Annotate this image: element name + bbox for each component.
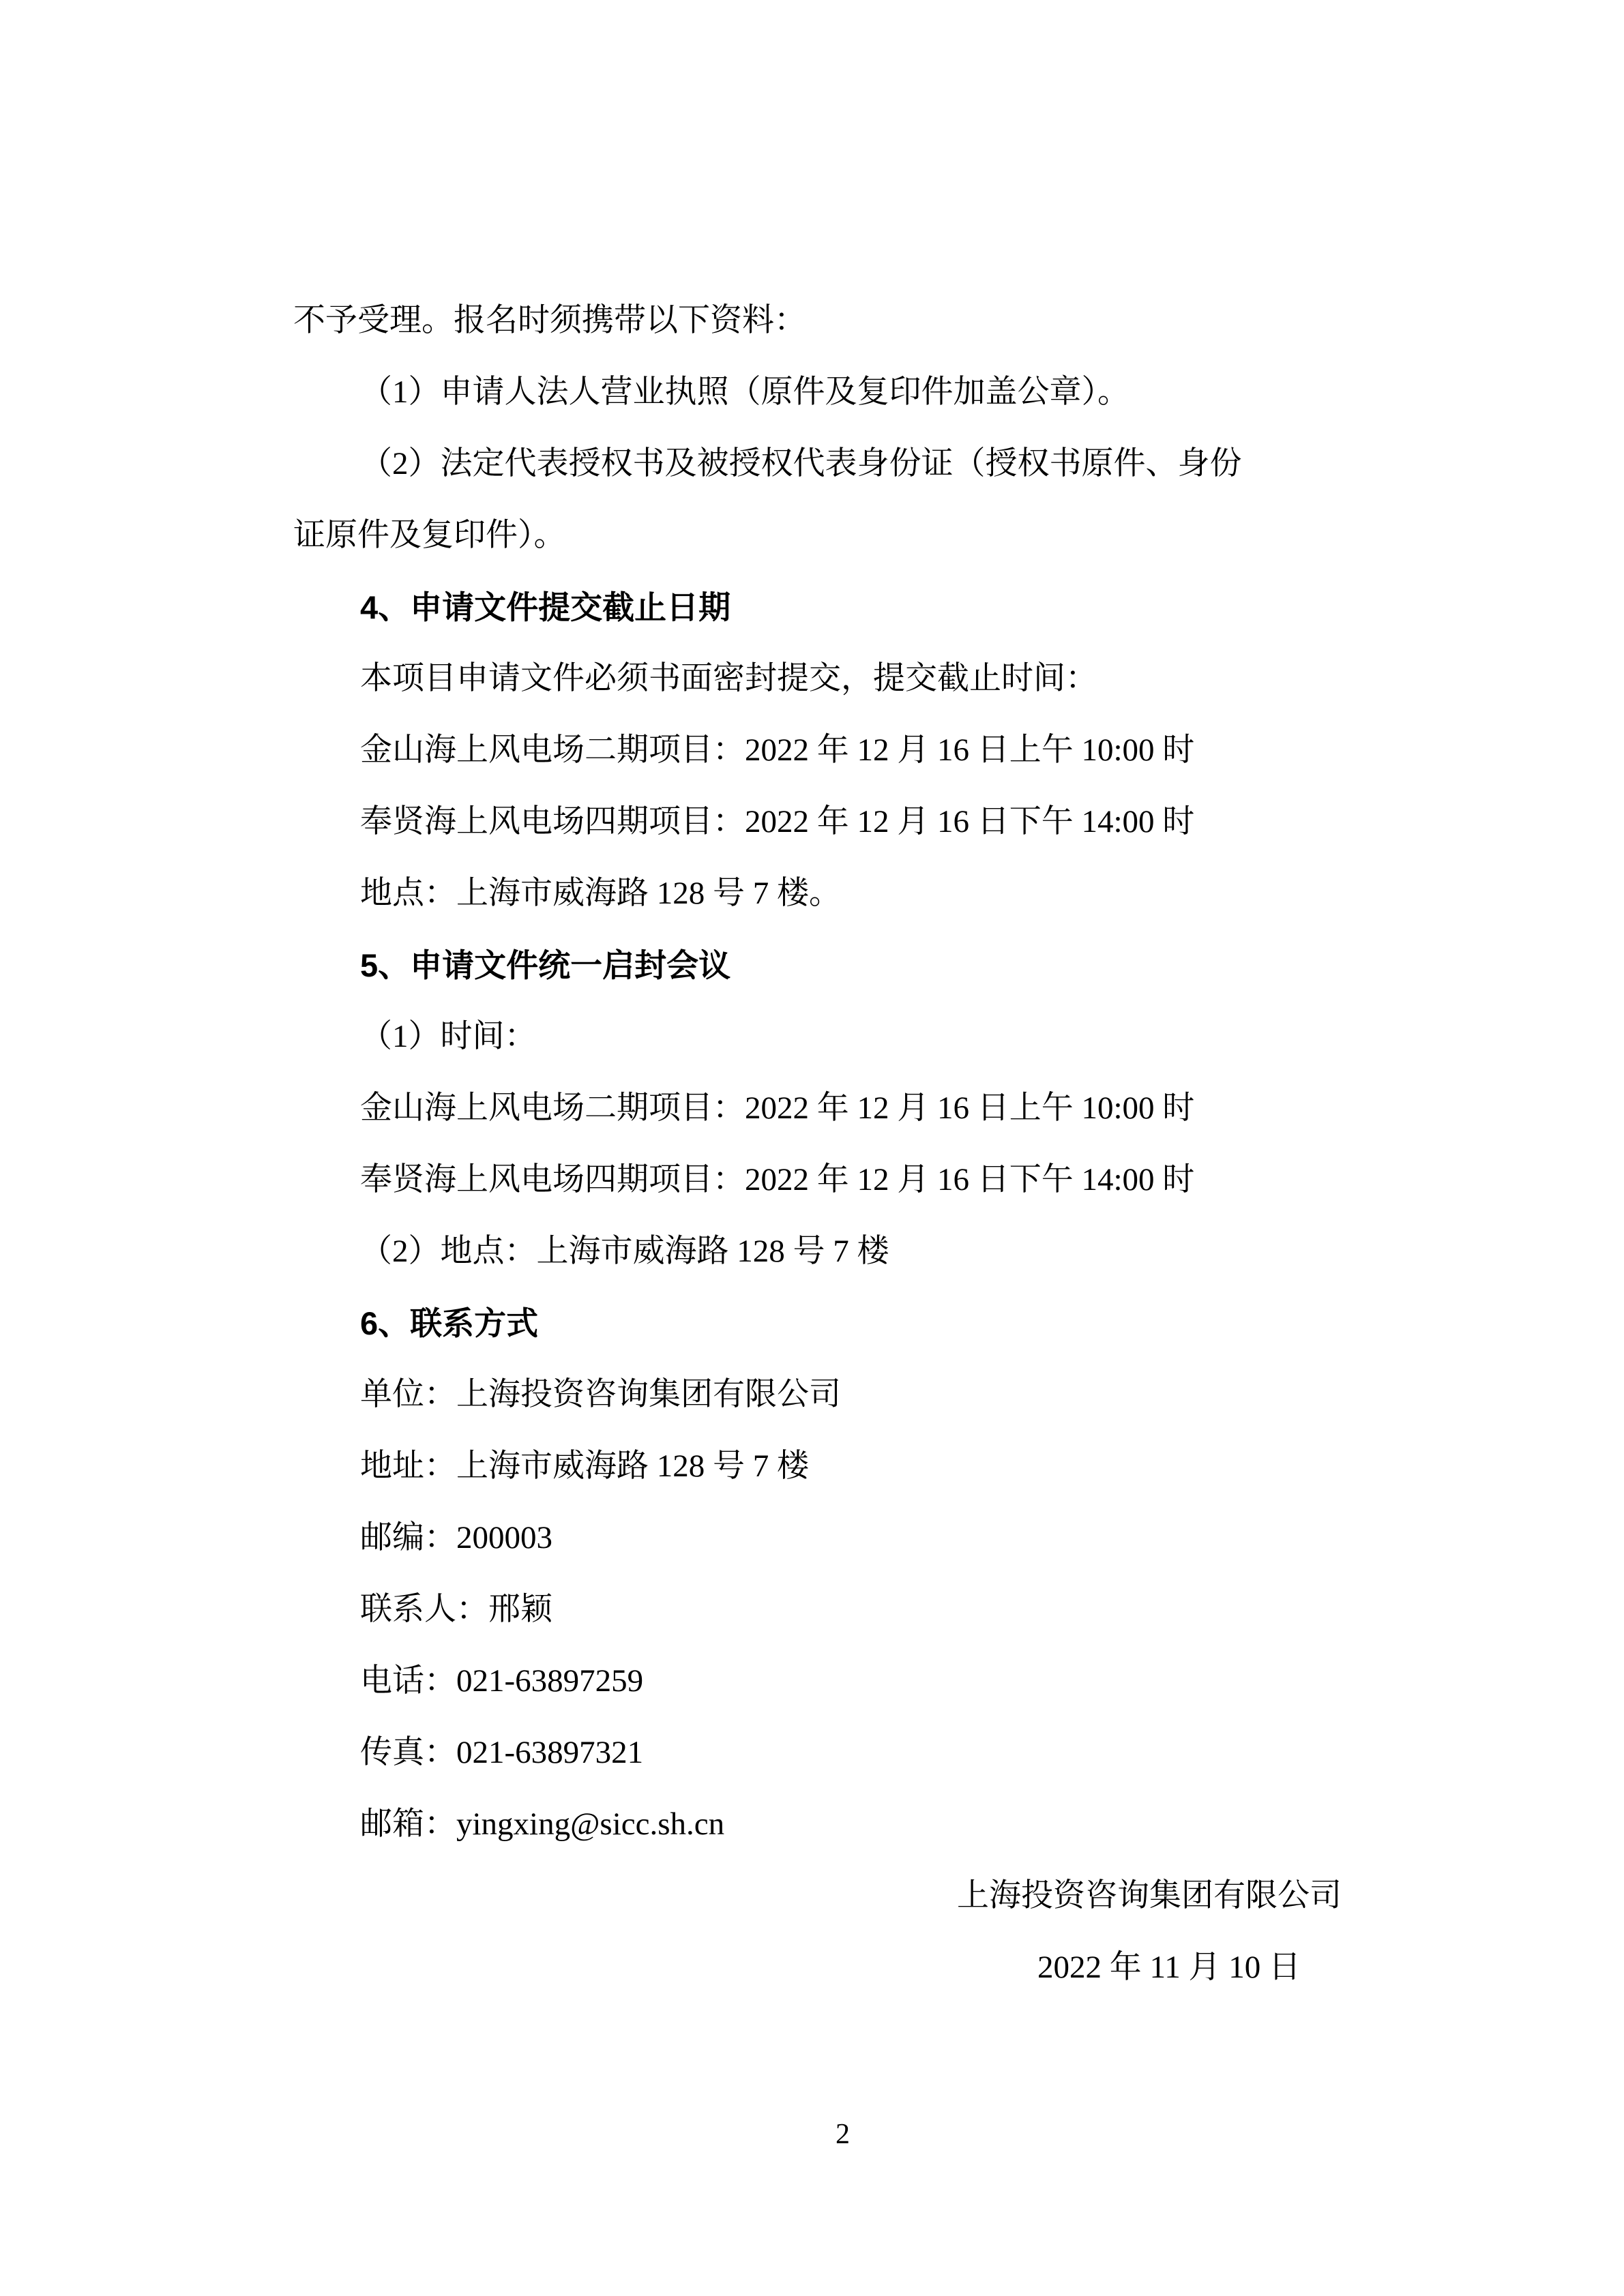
document-body: 不予受理。报名时须携带以下资料： （1）申请人法人营业执照（原件及复印件加盖公章…	[293, 285, 1406, 2003]
signature-date: 2022 年 11 月 10 日	[293, 1932, 1406, 2003]
paragraph-line: 不予受理。报名时须携带以下资料：	[293, 285, 1406, 357]
paragraph-line: 本项目申请文件必须书面密封提交，提交截止时间：	[293, 643, 1406, 715]
deadline-line-jinshan: 金山海上风电场二期项目：2022 年 12 月 16 日上午 10:00 时	[293, 715, 1406, 786]
meeting-line-jinshan: 金山海上风电场二期项目：2022 年 12 月 16 日上午 10:00 时	[293, 1073, 1406, 1144]
contact-company-line: 单位：上海投资咨询集团有限公司	[293, 1359, 1406, 1431]
section-heading-5: 5、申请文件统一启封会议	[293, 929, 1406, 1001]
paragraph-line: 证原件及复印件）。	[293, 500, 1406, 571]
deadline-line-fengxian: 奉贤海上风电场四期项目：2022 年 12 月 16 日下午 14:00 时	[293, 786, 1406, 858]
contact-zipcode-line: 邮编：200003	[293, 1502, 1406, 1574]
contact-email-line: 邮箱：yingxing@sicc.sh.cn	[293, 1789, 1406, 1860]
paragraph-line: （2）法定代表授权书及被授权代表身份证（授权书原件、身份	[293, 428, 1406, 500]
contact-fax-line: 传真：021-63897321	[293, 1717, 1406, 1789]
contact-person-line: 联系人：邢颖	[293, 1574, 1406, 1645]
paragraph-line: （1）时间：	[293, 1001, 1406, 1073]
address-line: 地点：上海市威海路 128 号 7 楼。	[293, 858, 1406, 929]
signature-company: 上海投资咨询集团有限公司	[293, 1860, 1406, 1932]
paragraph-line: （1）申请人法人营业执照（原件及复印件加盖公章）。	[293, 357, 1406, 428]
meeting-line-fengxian: 奉贤海上风电场四期项目：2022 年 12 月 16 日下午 14:00 时	[293, 1144, 1406, 1216]
meeting-address-line: （2）地点：上海市威海路 128 号 7 楼	[293, 1216, 1406, 1287]
contact-address-line: 地址：上海市威海路 128 号 7 楼	[293, 1431, 1406, 1502]
page-number: 2	[0, 2114, 1624, 2155]
section-heading-4: 4、申请文件提交截止日期	[293, 571, 1406, 643]
contact-phone-line: 电话：021-63897259	[293, 1645, 1406, 1717]
section-heading-6: 6、联系方式	[293, 1287, 1406, 1359]
document-page: 不予受理。报名时须携带以下资料： （1）申请人法人营业执照（原件及复印件加盖公章…	[0, 0, 1624, 2296]
